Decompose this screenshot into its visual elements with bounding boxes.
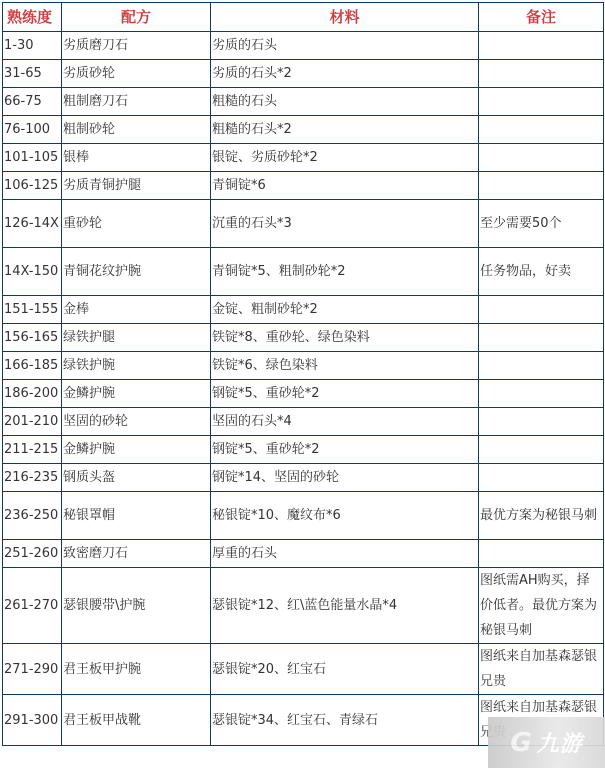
cell-recipe: 金鳞护腕 xyxy=(62,380,211,408)
cell-recipe: 劣质青铜护腿 xyxy=(62,172,211,200)
cell-level: 1-30 xyxy=(3,32,62,60)
cell-level: 106-125 xyxy=(3,172,62,200)
cell-note xyxy=(479,380,604,408)
cell-materials: 沉重的石头*3 xyxy=(211,200,479,248)
table-row: 151-155金棒金锭、粗制砂轮*2 xyxy=(3,296,604,324)
cell-recipe: 粗制磨刀石 xyxy=(62,88,211,116)
cell-level: 151-155 xyxy=(3,296,62,324)
watermark-text: 九游 xyxy=(537,727,583,758)
table-row: 1-30劣质磨刀石劣质的石头 xyxy=(3,32,604,60)
cell-level: 251-260 xyxy=(3,540,62,568)
table-row: 201-210坚固的砂轮坚固的石头*4 xyxy=(3,408,604,436)
watermark-logo: G 九游 xyxy=(488,717,605,768)
cell-level: 291-300 xyxy=(3,695,62,746)
cell-level: 261-270 xyxy=(3,568,62,644)
cell-materials: 瑟银锭*12、红\蓝色能量水晶*4 xyxy=(211,568,479,644)
cell-note: 图纸需AH购买，择价低者。最优方案为秘银马刺 xyxy=(479,568,604,644)
table-row: 106-125劣质青铜护腿青铜锭*6 xyxy=(3,172,604,200)
cell-recipe: 银棒 xyxy=(62,144,211,172)
cell-recipe: 粗制砂轮 xyxy=(62,116,211,144)
table-row: 31-65劣质砂轮劣质的石头*2 xyxy=(3,60,604,88)
cell-recipe: 绿铁护腿 xyxy=(62,324,211,352)
cell-level: 166-185 xyxy=(3,352,62,380)
cell-note: 任务物品，好卖 xyxy=(479,248,604,296)
cell-materials: 青铜锭*5、粗制砂轮*2 xyxy=(211,248,479,296)
cell-recipe: 瑟银腰带\护腕 xyxy=(62,568,211,644)
table-row: 261-270瑟银腰带\护腕瑟银锭*12、红\蓝色能量水晶*4图纸需AH购买，择… xyxy=(3,568,604,644)
table-row: 216-235钢质头盔钢锭*14、坚固的砂轮 xyxy=(3,464,604,492)
table-body: 1-30劣质磨刀石劣质的石头31-65劣质砂轮劣质的石头*266-75粗制磨刀石… xyxy=(3,32,604,746)
cell-note xyxy=(479,172,604,200)
cell-recipe: 劣质砂轮 xyxy=(62,60,211,88)
cell-level: 201-210 xyxy=(3,408,62,436)
cell-recipe: 青铜花纹护腕 xyxy=(62,248,211,296)
cell-note xyxy=(479,540,604,568)
cell-level: 66-75 xyxy=(3,88,62,116)
cell-level: 156-165 xyxy=(3,324,62,352)
table-row: 126-14X重砂轮沉重的石头*3至少需要50个 xyxy=(3,200,604,248)
table-row: 166-185绿铁护腕铁锭*6、绿色染料 xyxy=(3,352,604,380)
cell-note xyxy=(479,324,604,352)
cell-materials: 钢锭*5、重砂轮*2 xyxy=(211,380,479,408)
cell-level: 186-200 xyxy=(3,380,62,408)
cell-note xyxy=(479,144,604,172)
cell-level: 126-14X xyxy=(3,200,62,248)
cell-materials: 劣质的石头*2 xyxy=(211,60,479,88)
table-row: 101-105银棒银锭、劣质砂轮*2 xyxy=(3,144,604,172)
cell-level: 31-65 xyxy=(3,60,62,88)
jiuyou-logo-icon: G xyxy=(510,728,532,758)
cell-recipe: 重砂轮 xyxy=(62,200,211,248)
cell-level: 216-235 xyxy=(3,464,62,492)
cell-note xyxy=(479,32,604,60)
blacksmithing-guide-table: 熟练度 配方 材料 备注 1-30劣质磨刀石劣质的石头31-65劣质砂轮劣质的石… xyxy=(2,2,604,746)
cell-note: 图纸来自加基森瑟银兄贵 xyxy=(479,644,604,695)
cell-materials: 粗糙的石头*2 xyxy=(211,116,479,144)
cell-materials: 瑟银锭*34、红宝石、青绿石 xyxy=(211,695,479,746)
cell-note: 最优方案为秘银马刺 xyxy=(479,492,604,540)
table-row: 14X-150青铜花纹护腕青铜锭*5、粗制砂轮*2任务物品，好卖 xyxy=(3,248,604,296)
cell-materials: 银锭、劣质砂轮*2 xyxy=(211,144,479,172)
cell-level: 271-290 xyxy=(3,644,62,695)
cell-note xyxy=(479,464,604,492)
table-row: 236-250秘银罩帽秘银锭*10、魔纹布*6最优方案为秘银马刺 xyxy=(3,492,604,540)
table-row: 66-75粗制磨刀石粗糙的石头 xyxy=(3,88,604,116)
cell-note xyxy=(479,436,604,464)
cell-note xyxy=(479,408,604,436)
cell-materials: 劣质的石头 xyxy=(211,32,479,60)
cell-materials: 粗糙的石头 xyxy=(211,88,479,116)
cell-recipe: 坚固的砂轮 xyxy=(62,408,211,436)
cell-recipe: 绿铁护腕 xyxy=(62,352,211,380)
cell-note xyxy=(479,60,604,88)
table-row: 156-165绿铁护腿铁锭*8、重砂轮、绿色染料 xyxy=(3,324,604,352)
header-level: 熟练度 xyxy=(3,3,62,32)
cell-note: 至少需要50个 xyxy=(479,200,604,248)
cell-recipe: 劣质磨刀石 xyxy=(62,32,211,60)
cell-materials: 钢锭*14、坚固的砂轮 xyxy=(211,464,479,492)
table-row: 251-260致密磨刀石厚重的石头 xyxy=(3,540,604,568)
cell-level: 211-215 xyxy=(3,436,62,464)
cell-level: 236-250 xyxy=(3,492,62,540)
cell-recipe: 君王板甲护腕 xyxy=(62,644,211,695)
cell-materials: 厚重的石头 xyxy=(211,540,479,568)
cell-recipe: 秘银罩帽 xyxy=(62,492,211,540)
cell-materials: 钢锭*5、重砂轮*2 xyxy=(211,436,479,464)
cell-recipe: 钢质头盔 xyxy=(62,464,211,492)
cell-materials: 坚固的石头*4 xyxy=(211,408,479,436)
cell-materials: 秘银锭*10、魔纹布*6 xyxy=(211,492,479,540)
cell-note xyxy=(479,296,604,324)
table-row: 186-200金鳞护腕钢锭*5、重砂轮*2 xyxy=(3,380,604,408)
cell-materials: 金锭、粗制砂轮*2 xyxy=(211,296,479,324)
header-materials: 材料 xyxy=(211,3,479,32)
cell-materials: 铁锭*6、绿色染料 xyxy=(211,352,479,380)
table-header-row: 熟练度 配方 材料 备注 xyxy=(3,3,604,32)
cell-note xyxy=(479,116,604,144)
header-note: 备注 xyxy=(479,3,604,32)
cell-note xyxy=(479,88,604,116)
header-recipe: 配方 xyxy=(62,3,211,32)
cell-materials: 青铜锭*6 xyxy=(211,172,479,200)
cell-recipe: 金棒 xyxy=(62,296,211,324)
cell-note xyxy=(479,352,604,380)
cell-level: 76-100 xyxy=(3,116,62,144)
cell-materials: 瑟银锭*20、红宝石 xyxy=(211,644,479,695)
table-row: 271-290君王板甲护腕瑟银锭*20、红宝石图纸来自加基森瑟银兄贵 xyxy=(3,644,604,695)
cell-materials: 铁锭*8、重砂轮、绿色染料 xyxy=(211,324,479,352)
table-row: 76-100粗制砂轮粗糙的石头*2 xyxy=(3,116,604,144)
table-row: 211-215金鳞护腕钢锭*5、重砂轮*2 xyxy=(3,436,604,464)
cell-recipe: 金鳞护腕 xyxy=(62,436,211,464)
cell-recipe: 君王板甲战靴 xyxy=(62,695,211,746)
cell-level: 101-105 xyxy=(3,144,62,172)
cell-level: 14X-150 xyxy=(3,248,62,296)
cell-recipe: 致密磨刀石 xyxy=(62,540,211,568)
